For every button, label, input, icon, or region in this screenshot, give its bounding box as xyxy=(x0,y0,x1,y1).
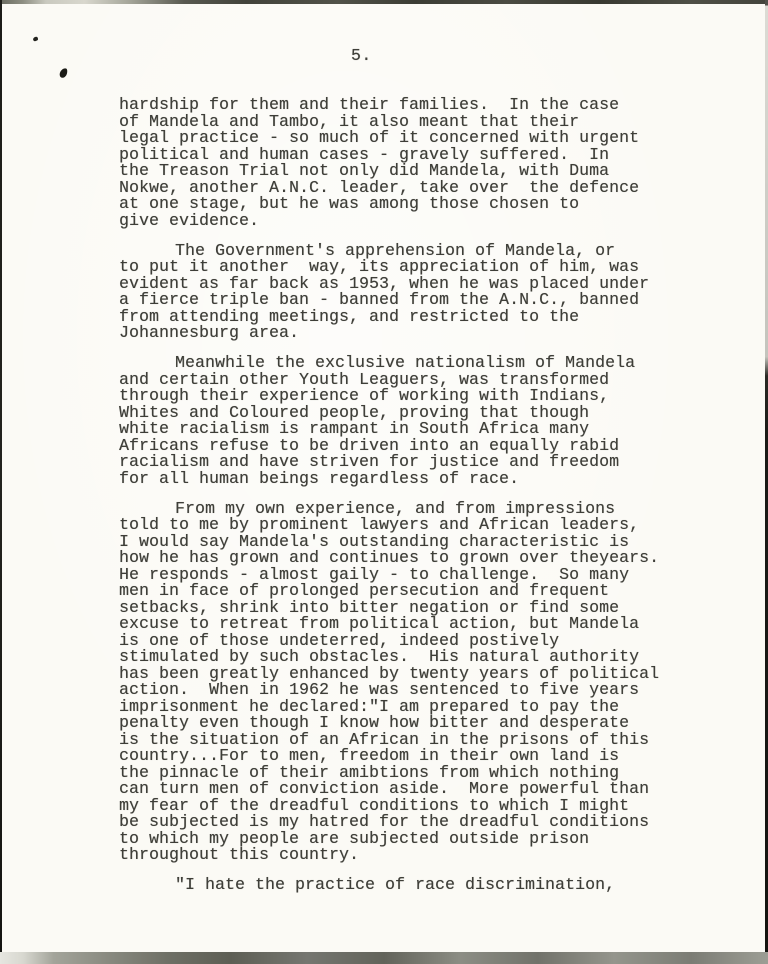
paragraph: The Government's apprehension of Mandela… xyxy=(119,243,679,342)
scanned-page: 5. hardship for them and their families.… xyxy=(0,0,768,964)
scan-edge-left xyxy=(0,0,2,964)
document-text: hardship for them and their families. In… xyxy=(119,97,679,907)
paragraph: From my own experience, and from impress… xyxy=(119,501,679,864)
paragraph: Meanwhile the exclusive nationalism of M… xyxy=(119,355,679,487)
ink-speck xyxy=(59,67,68,78)
scan-edge-bottom xyxy=(0,952,768,964)
scan-edge-top xyxy=(0,0,768,4)
page-number: 5. xyxy=(351,46,372,66)
paragraph: hardship for them and their families. In… xyxy=(119,97,679,229)
ink-speck xyxy=(32,36,38,41)
paragraph: "I hate the practice of race discriminat… xyxy=(119,877,679,894)
